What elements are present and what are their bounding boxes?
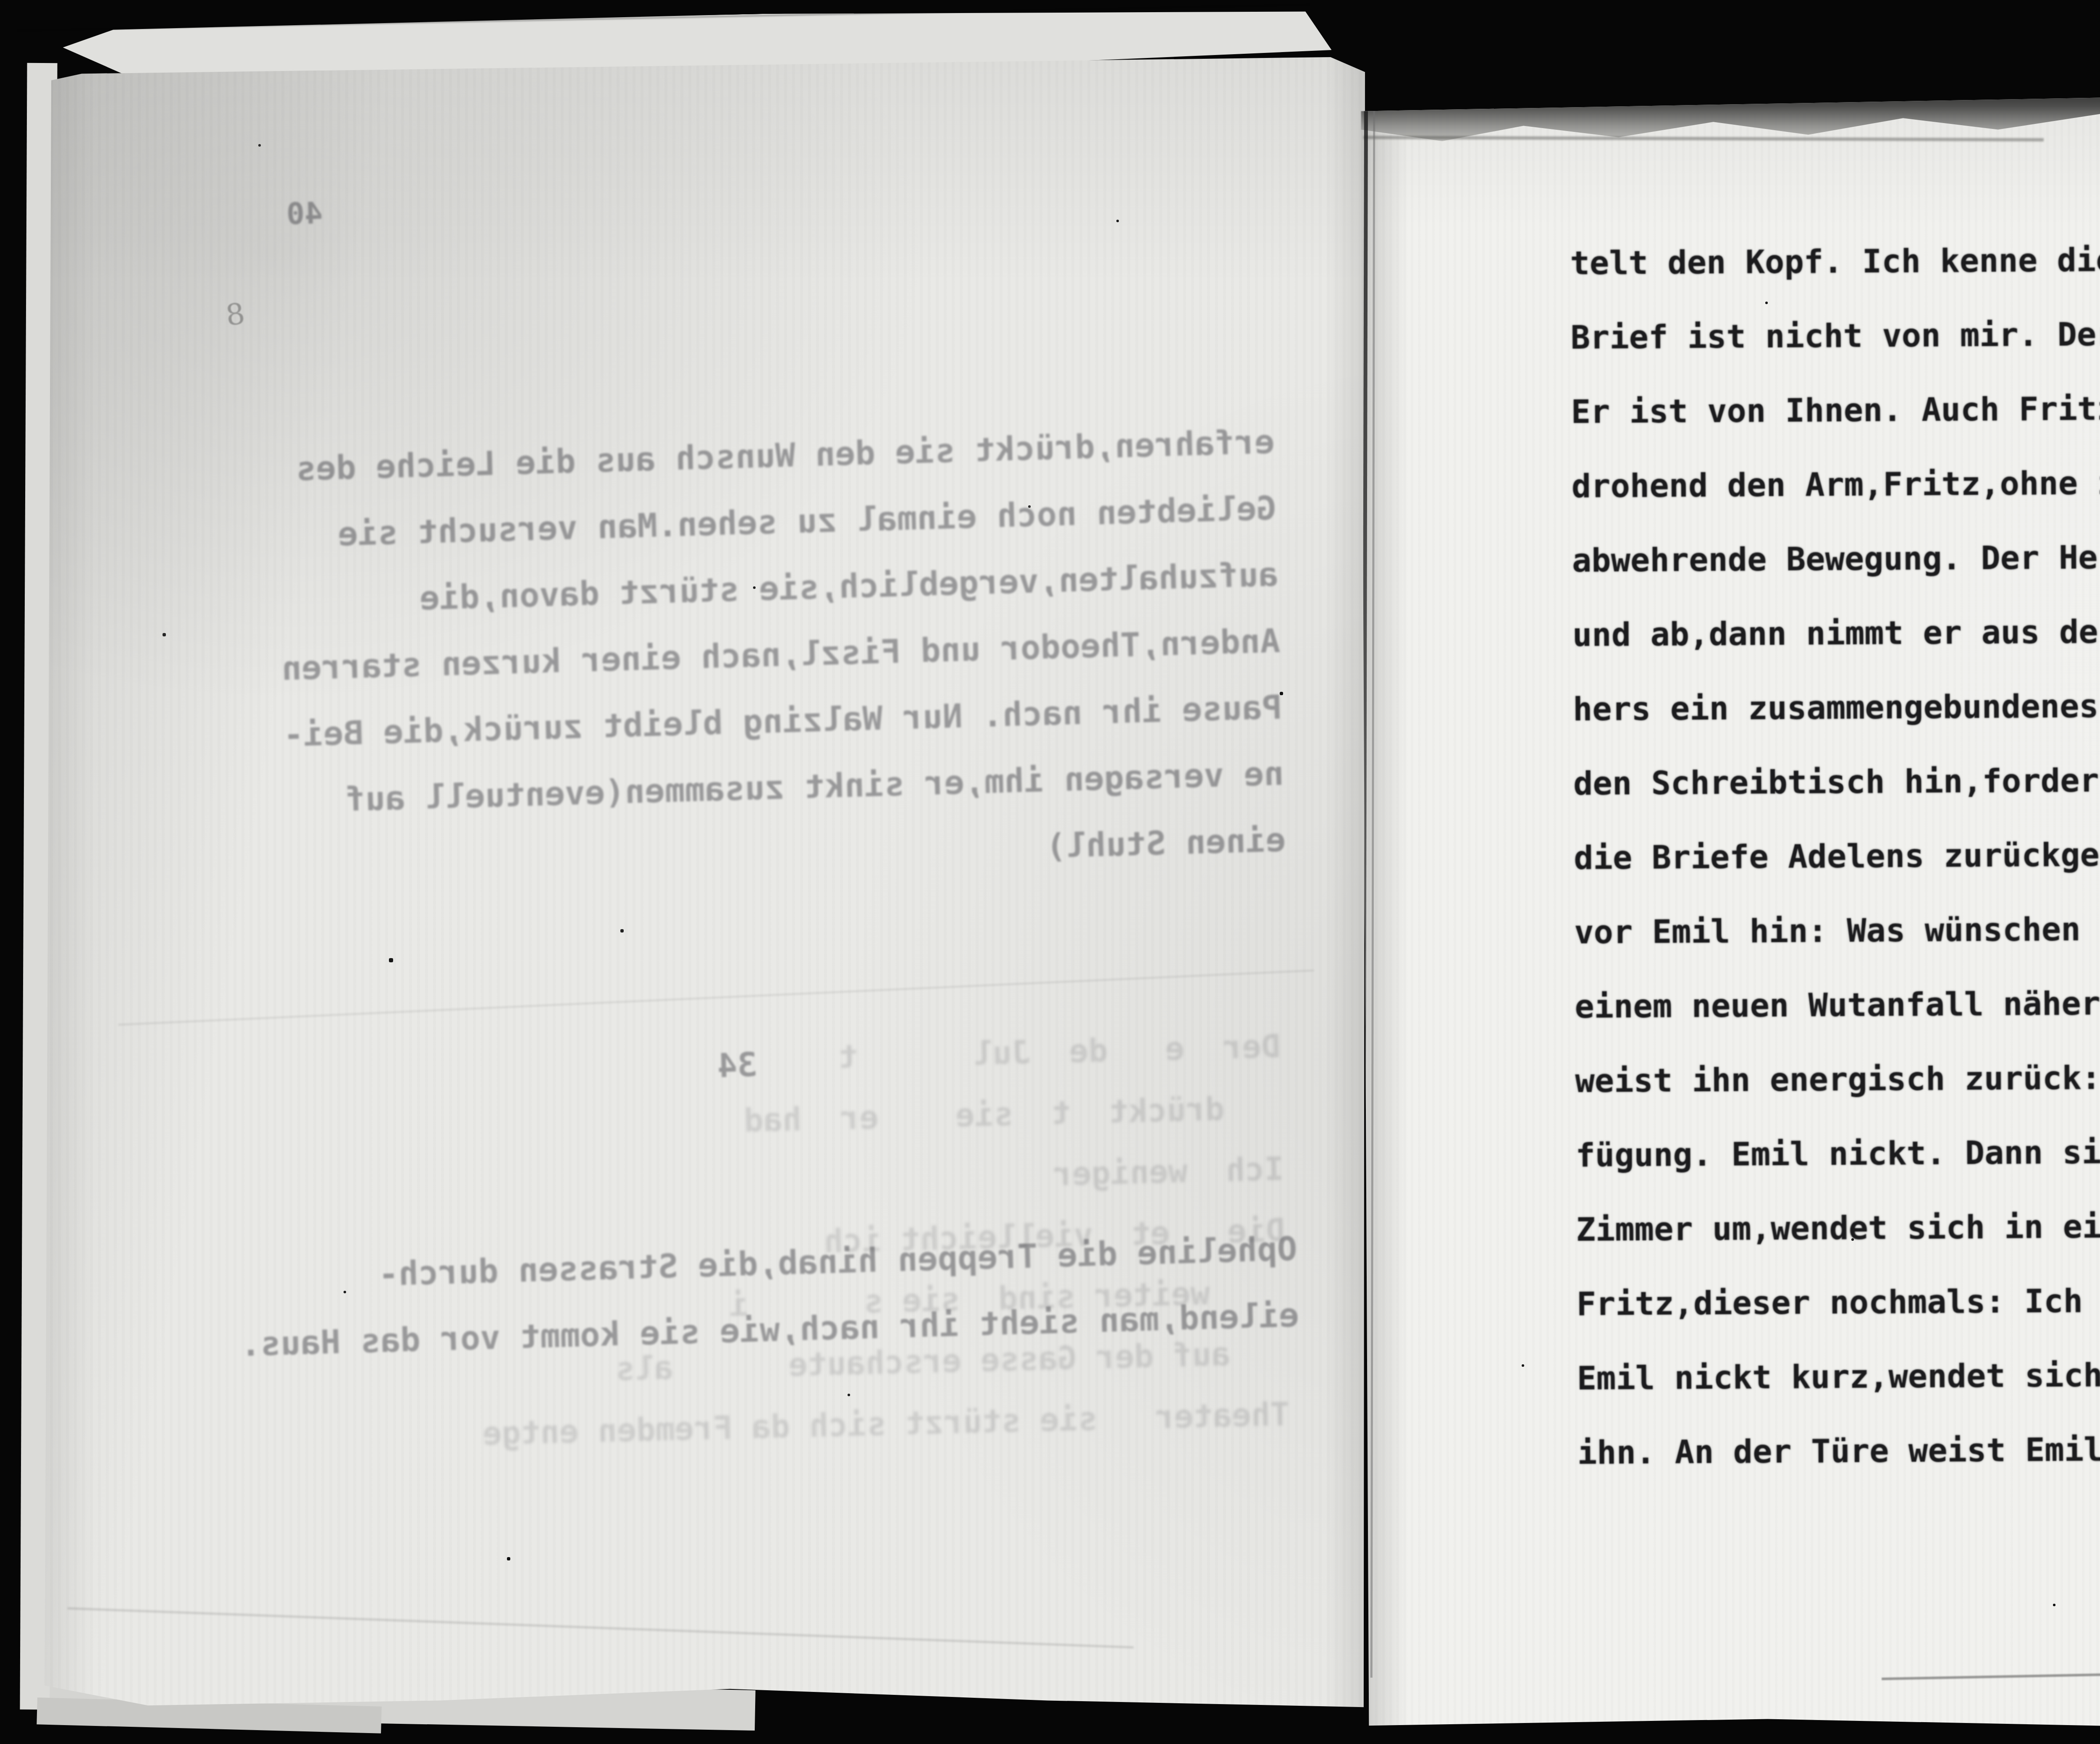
under-sheet-edge-line bbox=[1363, 136, 2044, 142]
trace-line: drückt t sie er had bbox=[173, 1077, 1283, 1165]
offset-text-line: Andern,Theodor und Fiszl,nach einer kurz… bbox=[171, 607, 1281, 705]
trace-line: Theater sie stürzt sich da Fremden entge bbox=[180, 1384, 1290, 1472]
typed-text-line: fügung. Emil nickt. Dann sieht er sich n… bbox=[1575, 1112, 2100, 1193]
scanned-manuscript-spread: { "scan": { "background_color": "#060606… bbox=[0, 0, 2100, 1744]
gutter-sheet-edge-2 bbox=[1370, 109, 1375, 1678]
illegible-bleedthrough-traces: Der e de Jul t drückt t sie er hadIch we… bbox=[171, 1016, 1290, 1472]
offset-text-line: Opheline die Treppen hinab,die Strassen … bbox=[188, 1216, 1298, 1313]
offset-page-number: 40 bbox=[286, 180, 324, 247]
offset-text-line: Pause ihr nach. Nur Walzing bleibt zurüc… bbox=[173, 674, 1283, 771]
trace-line: auf der Gasse erschaute als bbox=[179, 1322, 1289, 1410]
typed-text-line: abwehrende Bewegung. Der Herr zweimal im… bbox=[1572, 517, 2100, 598]
offset-paragraph-2: Opheline die Treppen hinab,die Strassen … bbox=[188, 1216, 1300, 1379]
typed-text-line: Brief ist nicht von mir. Der Herr steht … bbox=[1570, 294, 2100, 375]
trace-line: Die et vielleicht ich bbox=[176, 1200, 1286, 1288]
trace-line: Ich weniger bbox=[174, 1138, 1284, 1227]
left-page: 8 40 erfahren,drückt sie den Wunsch aus … bbox=[42, 54, 1365, 1714]
offset-text-line: einen Stuhl) bbox=[176, 806, 1286, 904]
trace-line: weiter sind sie s i bbox=[177, 1261, 1287, 1349]
typed-text-line: weist ihn energisch zurück: Ich stehe Ih… bbox=[1575, 1038, 2100, 1119]
torn-top-edge bbox=[1361, 80, 2100, 144]
paper-crease-2 bbox=[68, 1607, 1134, 1648]
mirrored-offset-text: 40 erfahren,drückt sie den Wunsch aus di… bbox=[158, 151, 1303, 1512]
typed-text-line: ihn. An der Türe weist Emil ihn durch ei… bbox=[1577, 1410, 2100, 1490]
typed-text-line: vor Emil hin: Was wünschen Sie noch von … bbox=[1574, 889, 2100, 970]
typed-text-line: einem neuen Wutanfall nähert sich ihm,dr… bbox=[1575, 964, 2100, 1044]
typewritten-text: telt den Kopf. Ich kenne diese Schrift n… bbox=[1570, 220, 2100, 1490]
typed-text-line: Emil nickt kurz,wendet sich zum Gehen,Fr… bbox=[1577, 1335, 2100, 1416]
typed-text-line: und ab,dann nimmt er aus der Brusttasche… bbox=[1572, 592, 2100, 672]
offset-text-line: ne versagen ihm,er sinkt zusammen(eventu… bbox=[174, 740, 1284, 838]
typed-text-line: Zimmer um,wendet sich in einer neuen Auf… bbox=[1576, 1187, 2100, 1267]
typed-text-line: telt den Kopf. Ich kenne diese Schrift n… bbox=[1570, 220, 2100, 301]
trace-line: Der e de Jul t bbox=[171, 1016, 1281, 1104]
offset-paragraph: erfahren,drückt sie den Wunsch aus die L… bbox=[164, 350, 1287, 904]
paper-crease bbox=[118, 969, 1314, 1025]
offset-text-line: erfahren,drückt sie den Wunsch aus die L… bbox=[165, 409, 1275, 506]
typed-text-line: hers ein zusammengebundenes Paket Briefe… bbox=[1572, 666, 2100, 747]
offset-scene-number: 34 bbox=[182, 1016, 1292, 1114]
bottom-sheet-edge-line bbox=[1882, 1662, 2100, 1680]
typed-text-line: die Briefe Adelens zurückgebe. Fritz: Ne… bbox=[1574, 815, 2100, 896]
handwritten-margin-mark: 8 bbox=[224, 296, 247, 333]
offset-text-line: eilend,man sieht ihr nach,wie sie kommt … bbox=[190, 1282, 1300, 1379]
typed-text-line: Fritz,dieser nochmals: Ich bin zu Ihrer … bbox=[1576, 1261, 2100, 1342]
right-page: 23 telt den Kopf. Ich kenne diese Schrif… bbox=[1361, 80, 2100, 1731]
typed-text-line: Er ist von Ihnen. Auch Fritz steht auf,E… bbox=[1571, 369, 2100, 449]
dust-specks bbox=[0, 0, 1, 1]
offset-text-line: Geliebten noch einmal zu sehen.Man versu… bbox=[167, 475, 1277, 572]
offset-text-line: aufzuhalten,vergeblich,sie stürzt davon,… bbox=[169, 541, 1279, 638]
typed-text-line: den Schreibtisch hin,fordert von Fritz,d… bbox=[1573, 741, 2100, 821]
typed-text-line: drohend den Arm,Fritz,ohne zurückzuweich… bbox=[1571, 443, 2100, 524]
